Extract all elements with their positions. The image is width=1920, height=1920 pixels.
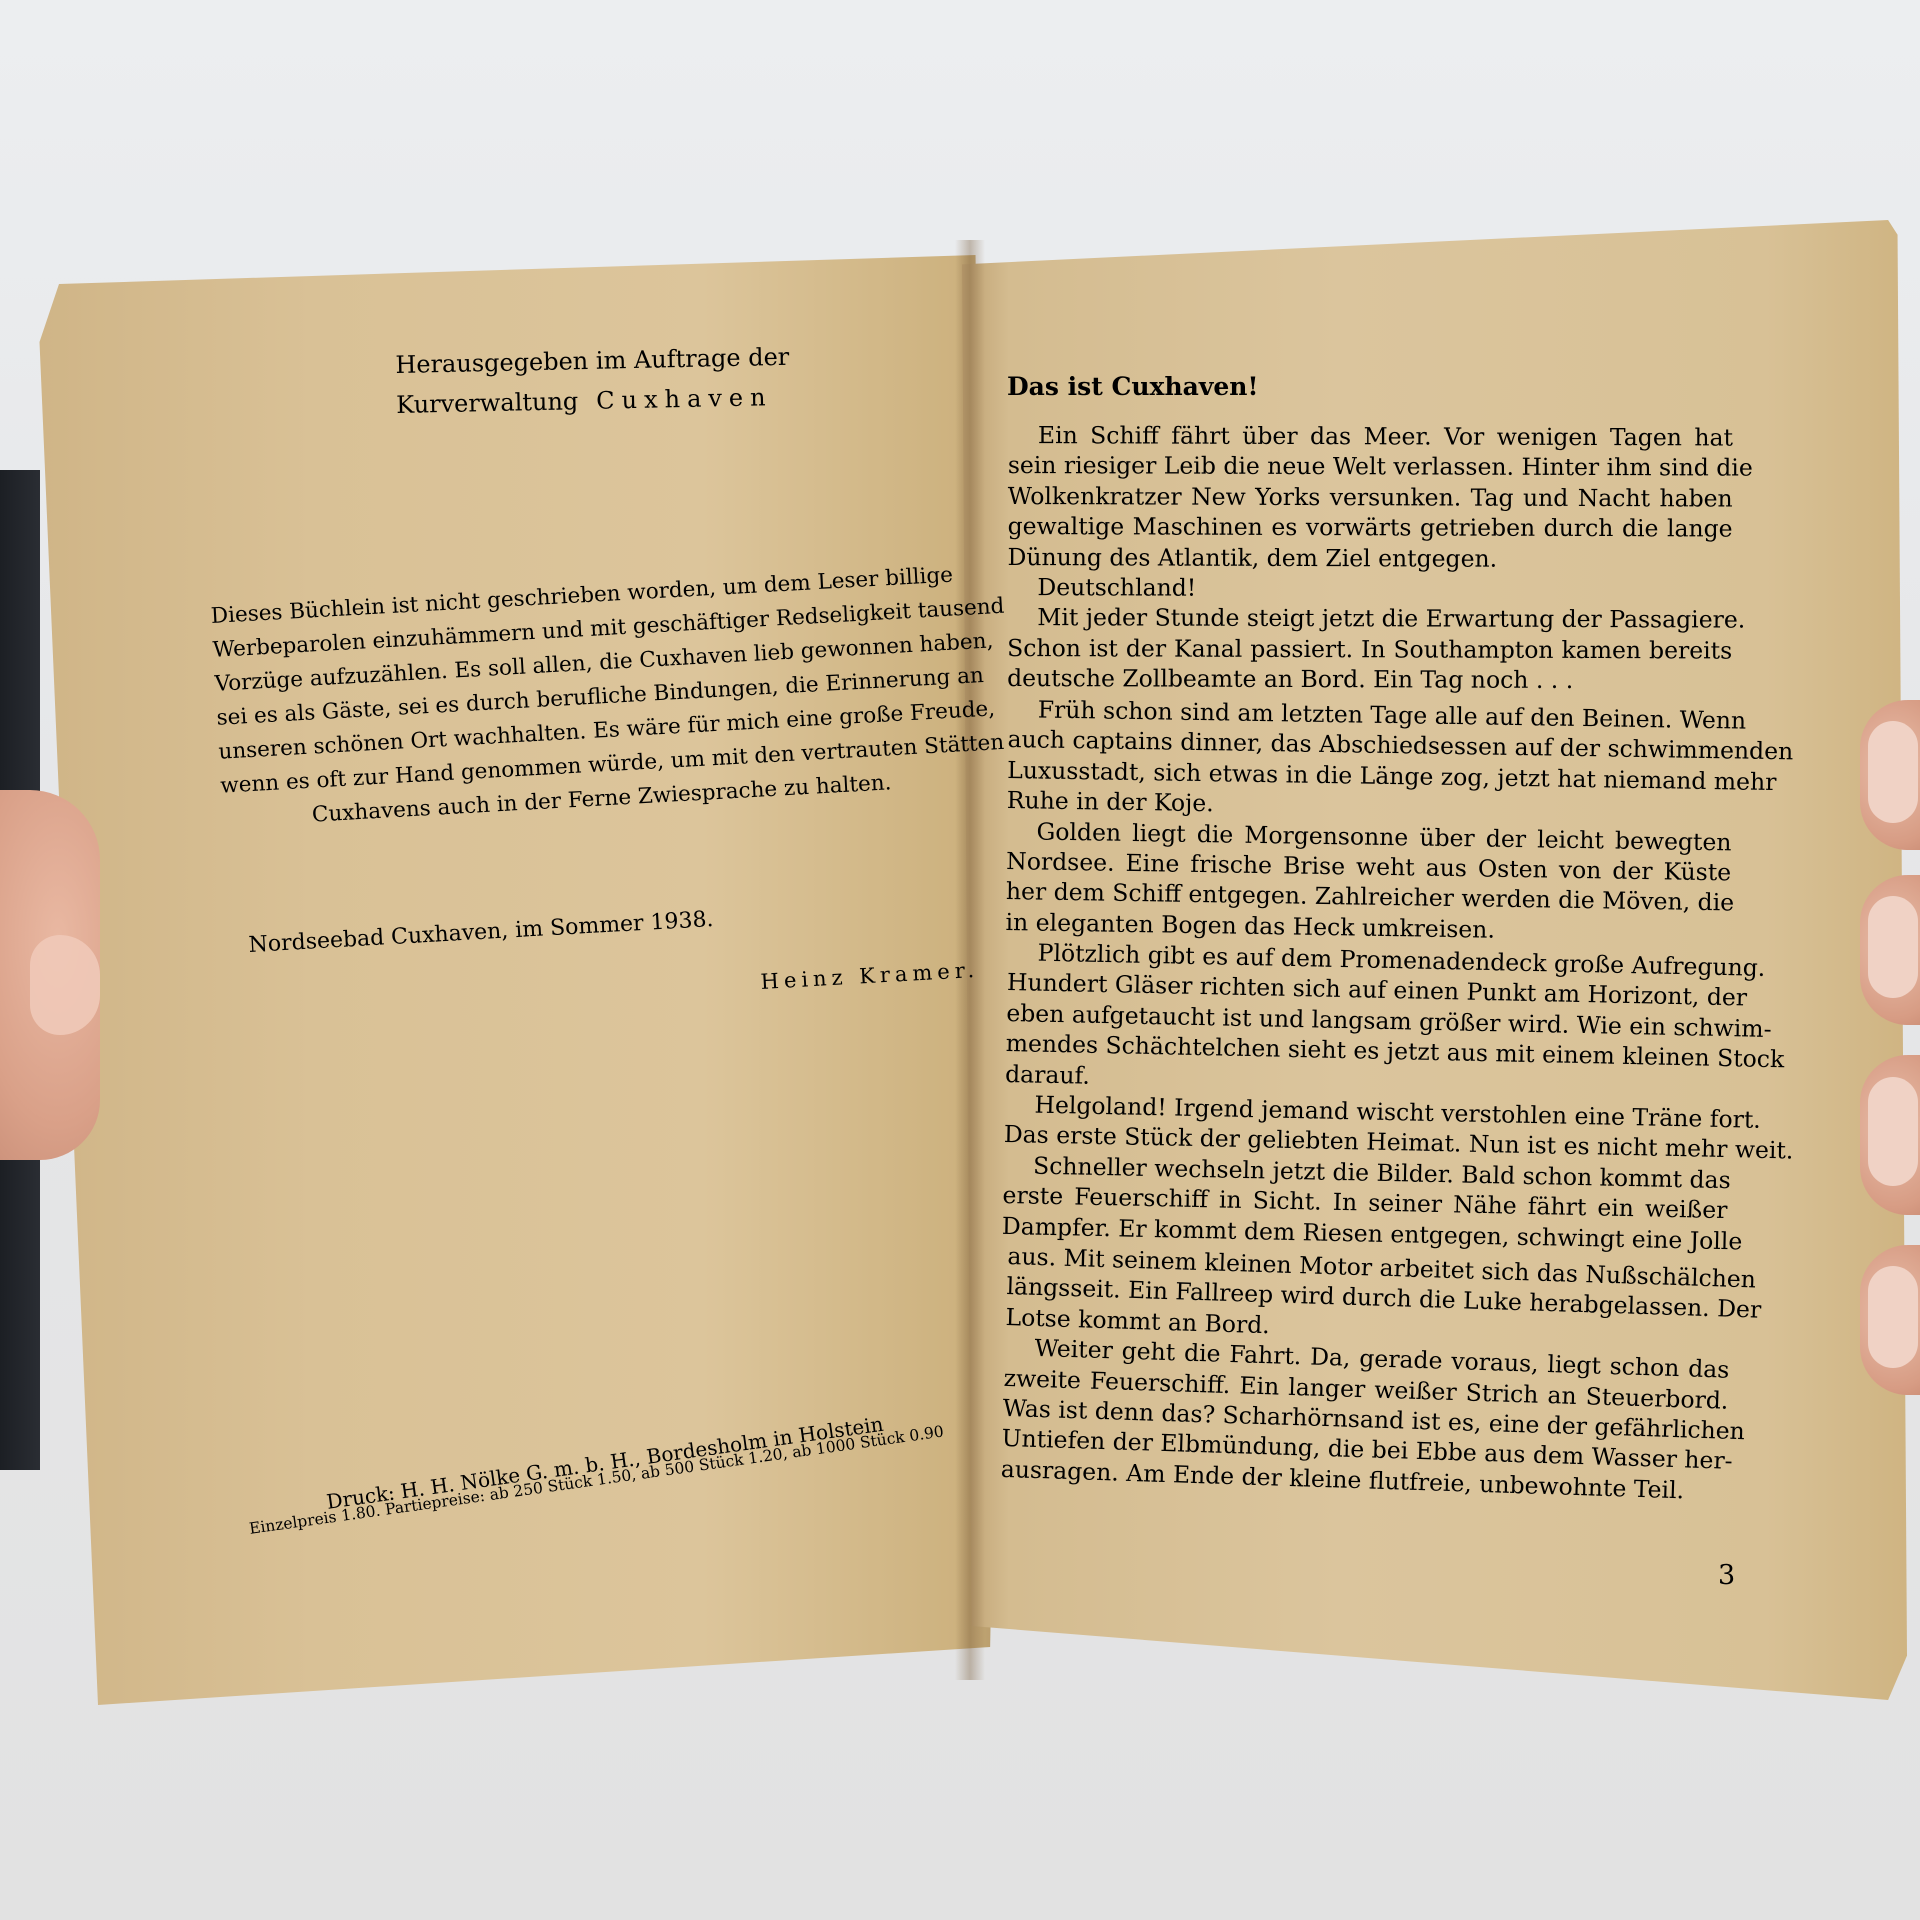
imprint-town: Cuxhaven [596,383,773,415]
right-hand [1835,700,1920,1480]
body-line: Wolkenkratzer New Yorks versunken. Tag u… [1008,481,1733,514]
body-line: Dünung des Atlantik, dem Ziel entgegen. [1007,542,1732,575]
text-block: Früh schon sind am letzten Tage alle auf… [1005,694,1732,949]
finger [1860,1245,1920,1395]
body-line: sein riesiger Leib die neue Welt verlass… [1008,450,1733,483]
foreword-paragraph: Dieses Büchlein ist nicht geschrieben wo… [210,558,982,838]
open-booklet: Herausgegeben im Auftrage der Kurverwalt… [0,0,1920,1920]
left-thumb [30,935,100,1035]
body-line: deutsche Zollbeamte an Bord. Ein Tag noc… [1007,663,1732,696]
chapter-body: Ein Schiff fährt über das Meer. Vor weni… [1008,420,1733,1484]
fingernail [1868,1266,1918,1368]
page-number: 3 [1718,1560,1735,1591]
finger [1860,1055,1920,1215]
body-line: Ein Schiff fährt über das Meer. Vor weni… [1008,420,1733,453]
text-block: Plötzlich gibt es auf dem Promenadendeck… [1002,937,1733,1256]
imprint-publisher: Kurverwaltung [396,387,579,419]
body-line: Schon ist der Kanal passiert. In Southam… [1007,633,1732,666]
body-line: Deutschland! [1007,572,1732,605]
imprint-note: Herausgegeben im Auftrage der Kurverwalt… [395,337,790,425]
chapter-heading: Das ist Cuxhaven! [1007,372,1258,401]
body-line: gewaltige Maschinen es vorwärts getriebe… [1008,511,1733,544]
text-block: Ein Schiff fährt über das Meer. Vor weni… [1007,420,1733,696]
finger [1860,700,1920,850]
body-line: Mit jeder Stunde steigt jetzt die Erwart… [1007,602,1732,635]
fingernail [1868,896,1918,998]
finger [1860,875,1920,1025]
fingernail [1868,721,1918,823]
imprint-line-2: KurverwaltungCuxhaven [396,377,791,425]
fingernail [1868,1077,1918,1186]
text-block: aus. Mit seinem kleinen Motor arbeitet s… [1000,1241,1732,1507]
